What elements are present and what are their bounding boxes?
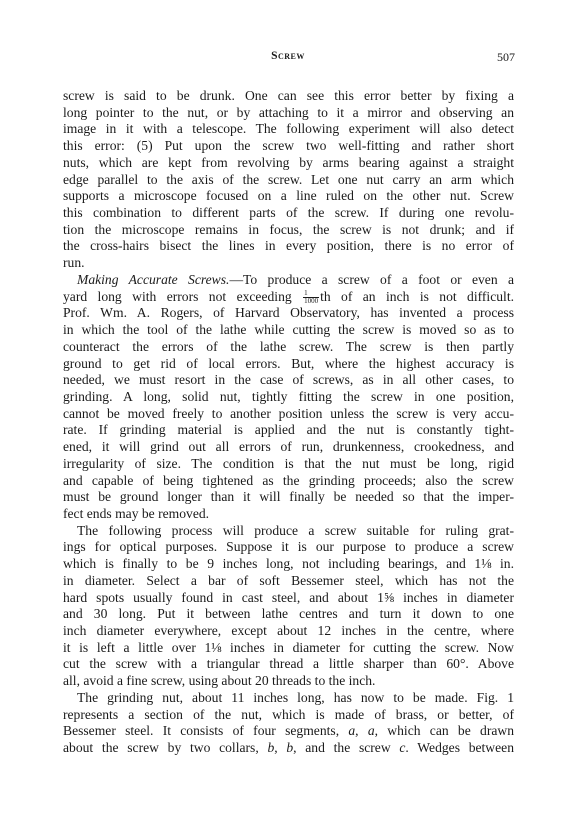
text-line: Making Accurate Screws.—To produce a scr…	[63, 272, 514, 289]
text-line: yard long with errors not exceeding 1100…	[63, 289, 514, 306]
text-fragment: ,	[274, 740, 286, 755]
text-line: fect ends may be removed.	[63, 506, 514, 523]
page-header: Screw 507	[63, 50, 513, 70]
text-line: represents a section of the nut, which i…	[63, 707, 514, 724]
text-line: must be ground longer than it will final…	[63, 489, 514, 506]
text-line: it is left a little over 1⅛ inches in di…	[63, 640, 514, 657]
text-line: hard spots usually found in cast steel, …	[63, 590, 514, 607]
text-line: ings for optical purposes. Suppose it is…	[63, 539, 514, 556]
fraction-denominator: 1000	[303, 298, 319, 305]
text-fragment: —To produce a screw of a foot or even a	[229, 272, 514, 287]
text-line: run.	[63, 255, 514, 272]
text-line: inch diameter everywhere, except about 1…	[63, 623, 514, 640]
text-fragment: . Wedges between	[405, 740, 514, 755]
text-line: cut the screw with a triangular thread a…	[63, 656, 514, 673]
paragraph-drunk-screw: screw is said to be drunk. One can see t…	[63, 88, 514, 272]
paragraph-grinding-nut: The grinding nut, about 11 inches long, …	[63, 690, 514, 757]
section-heading: Making Accurate Screws.	[77, 272, 229, 287]
text-line: edge parallel to the axis of the screw. …	[63, 172, 514, 189]
text-line: and capable of being tightened as the gr…	[63, 473, 514, 490]
text-fragment: Bessemer steel. It consists of four segm…	[63, 723, 348, 738]
text-line: screw is said to be drunk. One can see t…	[63, 88, 514, 105]
text-line: The grinding nut, about 11 inches long, …	[63, 690, 514, 707]
text-line: Bessemer steel. It consists of four segm…	[63, 723, 514, 740]
text-line: Prof. Wm. A. Rogers, of Harvard Observat…	[63, 305, 514, 322]
text-fragment: yard long with errors not exceeding	[63, 289, 292, 304]
text-line: which is finally to be 9 inches long, no…	[63, 556, 514, 573]
text-fragment: about the screw by two collars,	[63, 740, 267, 755]
text-line: in which the tool of the lathe while cut…	[63, 322, 514, 339]
text-line: image in it with a telescope. The follow…	[63, 121, 514, 138]
text-line: The following process will produce a scr…	[63, 523, 514, 540]
text-line: ground to get rid of local errors. But, …	[63, 356, 514, 373]
paragraph-making-accurate-screws: Making Accurate Screws.—To produce a scr…	[63, 272, 514, 523]
text-line: cannot be moved freely to another positi…	[63, 406, 514, 423]
text-line: in diameter. Select a bar of soft Bessem…	[63, 573, 514, 590]
text-line: about the screw by two collars, b, b, an…	[63, 740, 514, 757]
text-line: long pointer to the nut, or by attaching…	[63, 105, 514, 122]
page-number: 507	[497, 50, 515, 65]
text-line: ened, it will grind out all errors of ru…	[63, 439, 514, 456]
text-line: nuts, which are kept from revolving by a…	[63, 155, 514, 172]
text-line: counteract the errors of the lathe screw…	[63, 339, 514, 356]
running-title: Screw	[63, 50, 513, 62]
paragraph-grating-screw-process: The following process will produce a scr…	[63, 523, 514, 690]
text-line: the cross-hairs bisect the lines in ever…	[63, 238, 514, 255]
text-fragment: , and the screw	[293, 740, 399, 755]
text-fragment: , which can be drawn	[375, 723, 514, 738]
text-line: supports a microscope focused on a line …	[63, 188, 514, 205]
text-line: rate. If grinding material is applied an…	[63, 422, 514, 439]
body-text: screw is said to be drunk. One can see t…	[63, 88, 514, 757]
text-fragment: th of an inch is not difficult.	[320, 289, 514, 304]
fraction: 11000	[303, 290, 319, 305]
text-fragment: ,	[355, 723, 368, 738]
label-a: a	[368, 723, 375, 738]
text-line: this error: (5) Put upon the screw two w…	[63, 138, 514, 155]
text-line: all, avoid a fine screw, using about 20 …	[63, 673, 514, 690]
text-line: this combination to different parts of t…	[63, 205, 514, 222]
text-line: tion the microscope remains in focus, th…	[63, 222, 514, 239]
text-line: irregularity of size. The condition is t…	[63, 456, 514, 473]
text-line: needed, we must resort in the case of sc…	[63, 372, 514, 389]
text-line: and 30 long. Put it between lathe centre…	[63, 606, 514, 623]
text-line: grinding. A long, solid nut, tightly fit…	[63, 389, 514, 406]
